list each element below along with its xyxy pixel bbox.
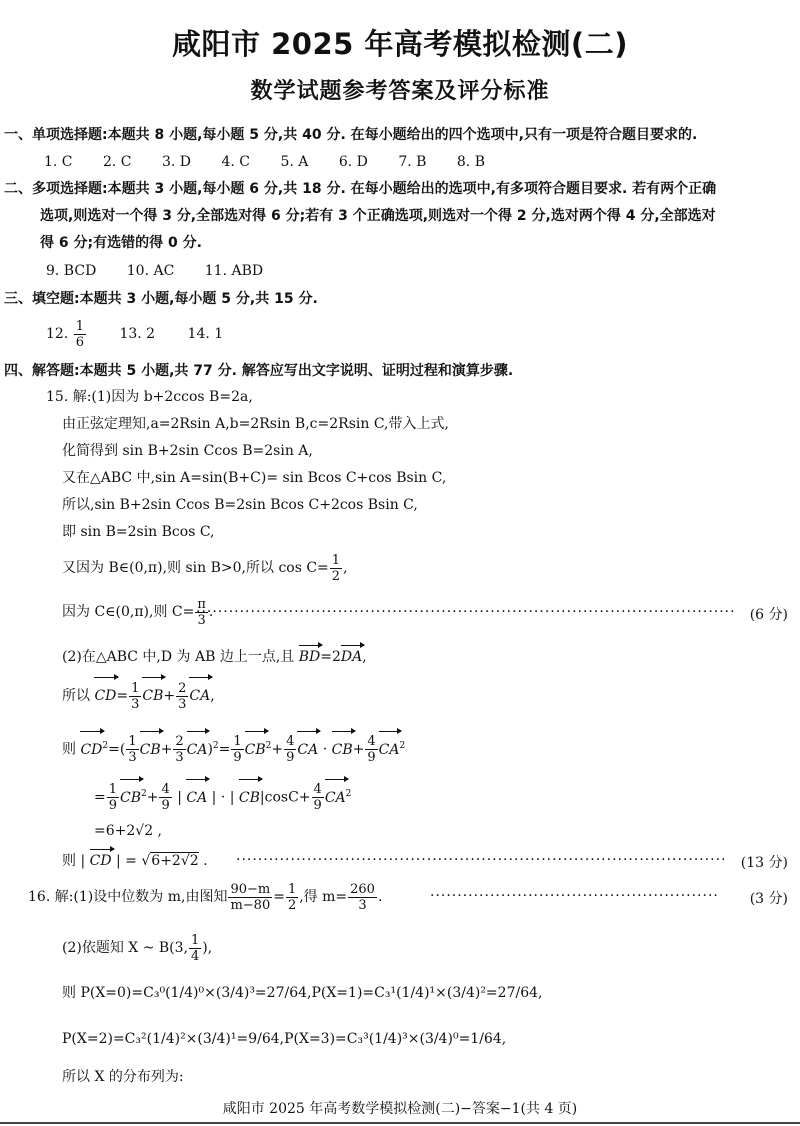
dot-leader: ········································… (196, 604, 736, 620)
q16-score-part1: (3 分) (750, 888, 788, 908)
q15-part2-line-5: =6+2√2 , (94, 822, 162, 840)
answer-3: 3. D (162, 153, 191, 171)
q15-line-2: 由正弦定理知,a=2Rsin A,b=2Rsin B,c=2Rsin C,带入上… (62, 415, 449, 433)
q15-line-1: 15. 解:(1)因为 b+2ccos B=2a, (46, 388, 253, 406)
q16-line-3: 则 P(X=0)=C₃⁰(1/4)⁰×(3/4)³=27/64,P(X=1)=C… (62, 984, 542, 1002)
page-subtitle: 数学试题参考答案及评分标准 (0, 74, 800, 105)
q16-line-1: 16. 解:(1)设中位数为 m,由图知90−mm−80=12,得 m=2603… (28, 880, 382, 914)
answer-5: 5. A (280, 153, 308, 171)
section-2-heading-line2: 选项,则选对一个得 3 分,全部选对得 6 分;若有 3 个正确选项,则选对一个… (40, 207, 716, 225)
q15-score-part1: (6 分) (750, 604, 788, 624)
q16-line-4: P(X=2)=C₃²(1/4)²×(3/4)¹=9/64,P(X=3)=C₃³(… (62, 1030, 506, 1048)
q15-score-part2: (13 分) (741, 852, 788, 872)
dot-leader: ········································… (430, 888, 730, 904)
answer-8: 8. B (457, 153, 485, 171)
section-2-heading-line1: 二、多项选择题:本题共 3 小题,每小题 6 分,共 18 分. 在每小题给出的… (4, 180, 716, 198)
q15-part2-line-6: 则 | CD | = √6+2√2 . (62, 852, 208, 870)
section-2-heading-line3: 得 6 分;有选错的得 0 分. (40, 234, 202, 252)
q15-part2-line-1: (2)在△ABC 中,D 为 AB 边上一点,且 BD=2DA, (62, 648, 367, 666)
answer-10: 10. AC (127, 262, 175, 280)
dot-leader: ········································… (236, 852, 726, 868)
q15-part2-line-2: 所以 CD=13CB+23CA, (62, 680, 215, 712)
q15-part2-line-4: =19CB2+49 | CA | · | CB|cosC+49CA2 (94, 778, 351, 814)
q15-line-5: 所以,sin B+2sin Ccos B=2sin Bcos C+2cos Bs… (62, 496, 418, 514)
answer-7: 7. B (398, 153, 426, 171)
q15-line-4: 又在△ABC 中,sin A=sin(B+C)= sin Bcos C+cos … (62, 469, 446, 487)
answer-9: 9. BCD (46, 262, 96, 280)
answer-12-fraction: 16 (74, 319, 86, 350)
q15-part2-line-3: 则 CD2=(13CB+23CA)2=19CB2+49CA · CB+49CA2 (62, 730, 405, 766)
answer-13: 13. 2 (119, 326, 155, 342)
section-4-heading: 四、解答题:本题共 5 小题,共 77 分. 解答应写出文字说明、证明过程和演算… (4, 362, 513, 380)
q15-line-8: 因为 C∈(0,π),则 C=π3. (62, 596, 213, 628)
q15-line-7: 又因为 B∈(0,π),则 sin B>0,所以 cos C=12, (62, 552, 348, 584)
section-1-heading: 一、单项选择题:本题共 8 小题,每小题 5 分,共 40 分. 在每小题给出的… (4, 126, 697, 144)
answer-14: 14. 1 (188, 326, 224, 342)
footer-rule (0, 1122, 800, 1124)
section-3-heading: 三、填空题:本题共 3 小题,每小题 5 分,共 15 分. (4, 290, 318, 308)
answer-4: 4. C (221, 153, 250, 171)
section-1-answers: 1. C 2. C 3. D 4. C 5. A 6. D 7. B 8. B (44, 153, 511, 171)
answer-2: 2. C (103, 153, 132, 171)
section-3-answers: 12. 16 13. 2 14. 1 (46, 318, 223, 350)
q15-line-3: 化简得到 sin B+2sin Ccos B=2sin A, (62, 442, 313, 460)
q15-line-6: 即 sin B=2sin Bcos C, (62, 523, 215, 541)
answer-12-label: 12. (46, 326, 68, 342)
q16-line-5: 所以 X 的分布列为: (62, 1068, 184, 1086)
answer-6: 6. D (339, 153, 368, 171)
page-title: 咸阳市 2025 年高考模拟检测(二) (0, 22, 800, 63)
q16-line-2: (2)依题知 X ~ B(3,14), (62, 932, 212, 964)
answer-11: 11. ABD (205, 262, 263, 280)
page-footer: 咸阳市 2025 年高考数学模拟检测(二)−答案−1(共 4 页) (0, 1098, 800, 1118)
answer-1: 1. C (44, 153, 73, 171)
section-2-answers: 9. BCD 10. AC 11. ABD (46, 262, 289, 280)
